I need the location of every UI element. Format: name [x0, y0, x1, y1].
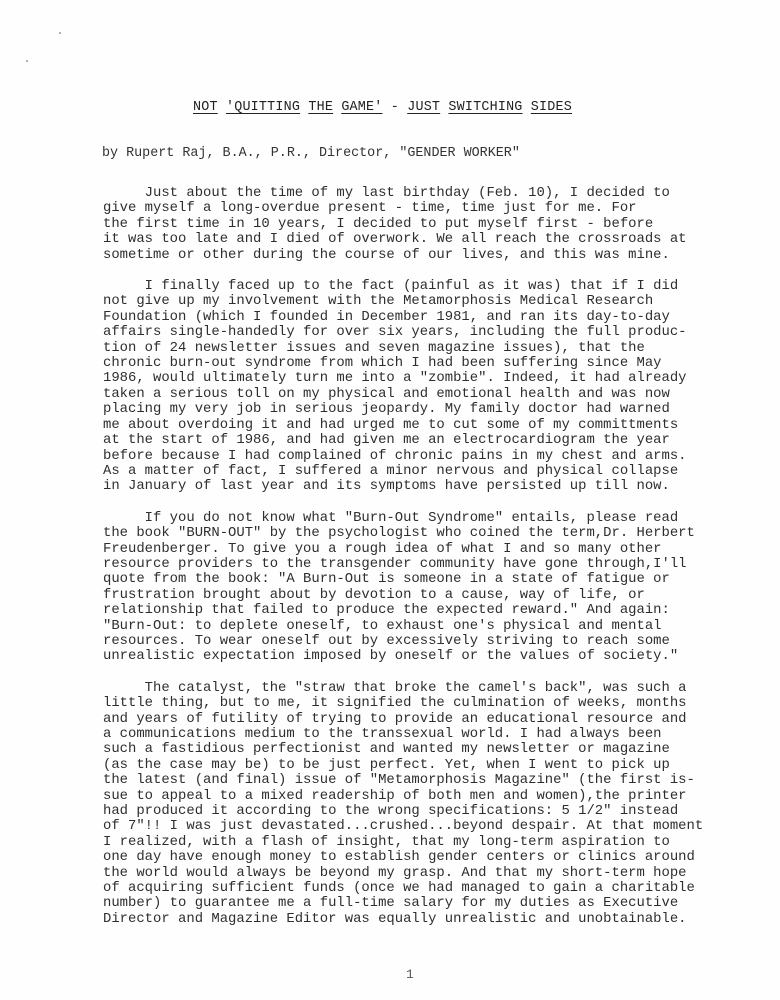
title-word: JUST: [407, 100, 440, 115]
paragraph: The catalyst, the "straw that broke the …: [103, 681, 780, 928]
author-byline: by Rupert Raj, B.A., P.R., Director, "GE…: [102, 146, 520, 161]
title-word: [523, 100, 531, 115]
title-word: GAME': [341, 100, 382, 115]
paragraph: I finally faced up to the fact (painful …: [103, 279, 780, 495]
title-word: -: [383, 100, 408, 115]
paragraph: If you do not know what "Burn-Out Syndro…: [103, 511, 780, 665]
article-body: Just about the time of my last birthday …: [103, 186, 780, 943]
paper-speck: [59, 32, 61, 34]
title-word: 'QUITTING: [226, 100, 300, 115]
title-word: [218, 100, 226, 115]
title-word: NOT: [193, 100, 218, 115]
paper-speck: [26, 60, 28, 62]
paragraph: Just about the time of my last birthday …: [103, 186, 780, 263]
title-word: SIDES: [531, 100, 572, 115]
page-number: 1: [406, 967, 414, 982]
document-page: NOT 'QUITTING THE GAME' - JUST SWITCHING…: [0, 0, 780, 1000]
title-word: SWITCHING: [448, 100, 522, 115]
title-word: THE: [308, 100, 333, 115]
article-title: NOT 'QUITTING THE GAME' - JUST SWITCHING…: [193, 100, 572, 115]
